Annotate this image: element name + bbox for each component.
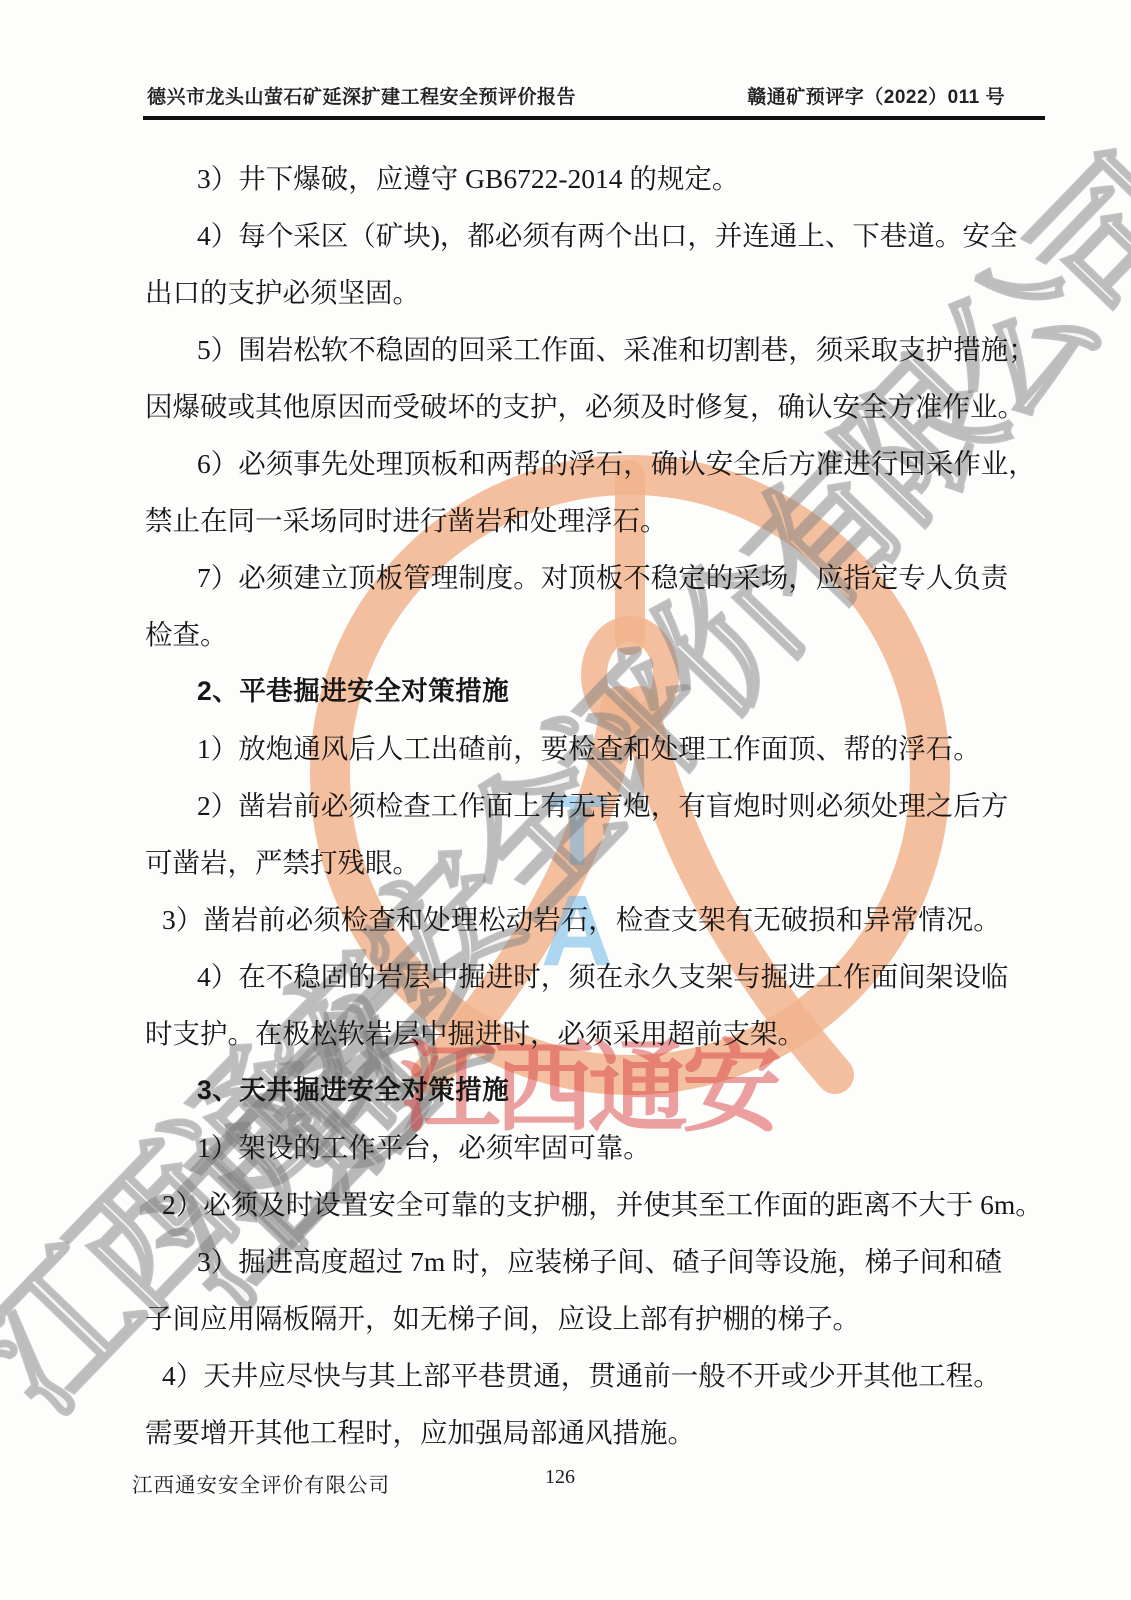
body-line: 4）每个采区（矿块)，都必须有两个出口，并连通上、下巷道。安全 [145,207,1017,264]
body-line: 时支护。在极松软岩层中掘进时，必须采用超前支架。 [145,1005,1017,1062]
body-line: 子间应用隔板隔开，如无梯子间，应设上部有护棚的梯子。 [145,1290,1017,1347]
body-line: 7）必须建立顶板管理制度。对顶板不稳定的采场，应指定专人负责 [145,549,1017,606]
body-line: 2）凿岩前必须检查工作面上有无盲炮，有盲炮时则必须处理之后方 [145,777,1017,834]
header-report-title: 德兴市龙头山萤石矿延深扩建工程安全预评价报告 [147,82,576,109]
body-line: 3）凿岩前必须检查和处理松动岩石，检查支架有无破损和异常情况。 [145,891,1017,948]
header-rule [143,116,1045,120]
body-line: 需要增开其他工程时，应加强局部通风措施。 [145,1404,1017,1461]
body-line: 禁止在同一采场同时进行凿岩和处理浮石。 [145,492,1017,549]
section-heading: 2、平巷掘进安全对策措施 [145,663,1017,720]
document-body: 3）井下爆破，应遵守 GB6722-2014 的规定。 4）每个采区（矿块)，都… [145,150,1017,1461]
body-line: 检查。 [145,606,1017,663]
body-line: 1）放炮通风后人工出碴前，要检查和处理工作面顶、帮的浮石。 [145,720,1017,777]
body-line: 4）天井应尽快与其上部平巷贯通，贯通前一般不开或少开其他工程。 [145,1347,1017,1404]
footer-company-name: 江西通安安全评价有限公司 [132,1468,390,1498]
body-line: 3）掘进高度超过 7m 时，应装梯子间、碴子间等设施，梯子间和碴 [145,1233,1017,1290]
body-line: 5）围岩松软不稳固的回采工作面、采准和切割巷，须采取支护措施； [145,321,1017,378]
body-line: 6）必须事先处理顶板和两帮的浮石，确认安全后方准进行回采作业， [145,435,1017,492]
document-page: { "header": { "left_title": "德兴市龙头山萤石矿延深… [0,0,1131,1600]
page-number: 126 [545,1466,575,1489]
body-line: 4）在不稳固的岩层中掘进时，须在永久支架与掘进工作面间架设临 [145,948,1017,1005]
body-line: 出口的支护必须坚固。 [145,264,1017,321]
section-heading: 3、天井掘进安全对策措施 [145,1062,1017,1119]
body-line: 1）架设的工作平台，必须牢固可靠。 [145,1119,1017,1176]
body-line: 3）井下爆破，应遵守 GB6722-2014 的规定。 [145,150,1017,207]
header-document-number: 赣通矿预评字（2022）011 号 [747,82,1005,109]
body-line: 可凿岩，严禁打残眼。 [145,834,1017,891]
body-line: 因爆破或其他原因而受破坏的支护，必须及时修复，确认安全方准作业。 [145,378,1017,435]
page-header: 德兴市龙头山萤石矿延深扩建工程安全预评价报告 赣通矿预评字（2022）011 号 [147,82,1005,109]
body-line: 2）必须及时设置安全可靠的支护棚，并使其至工作面的距离不大于 6m。 [145,1176,1017,1233]
